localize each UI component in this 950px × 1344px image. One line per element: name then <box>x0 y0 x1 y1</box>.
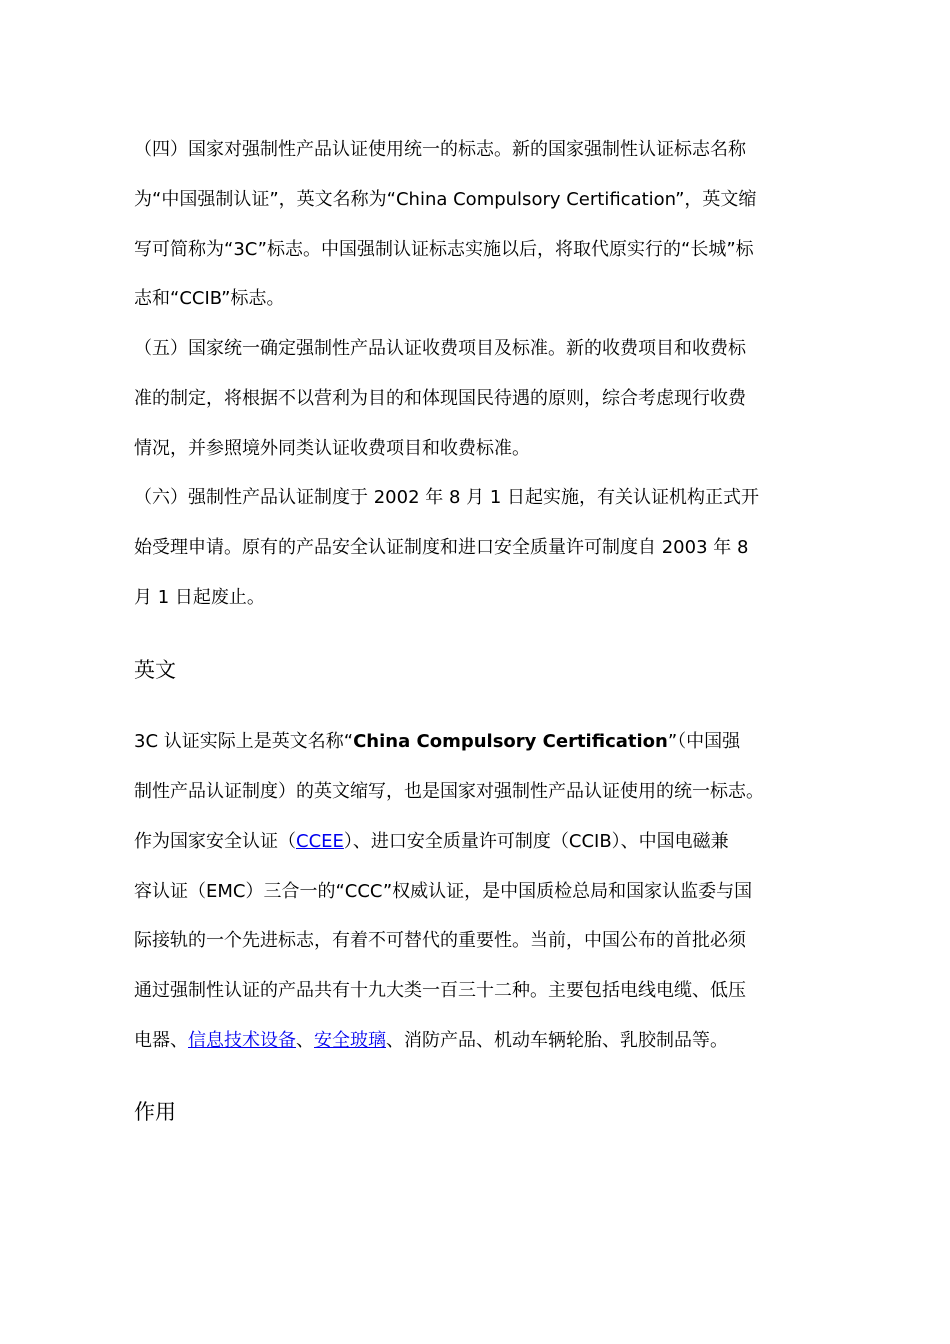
paragraph-english-line3: 作为国家安全认证（CCEE）、进口安全质量许可制度（CCIB）、中国电磁兼 <box>134 830 729 854</box>
paragraph-item4-line4: 志和“CCIB”标志。 <box>134 287 284 311</box>
paragraph-item6-line1: （六）强制性产品认证制度于 2002 年 8 月 1 日起实施，有关认证机构正式… <box>134 486 759 510</box>
paragraph-english-line6: 通过强制性认证的产品共有十九大类一百三十二种。主要包括电线电缆、低压 <box>134 979 746 1003</box>
text-segment: 、消防产品、机动车辆轮胎、乳胶制品等。 <box>386 1030 728 1051</box>
paragraph-item5-line1: （五）国家统一确定强制性产品认证收费项目及标准。新的收费项目和收费标 <box>134 337 746 361</box>
paragraph-item6-line3: 月 1 日起废止。 <box>134 586 265 610</box>
paragraph-item5-line3: 情况，并参照境外同类认证收费项目和收费标准。 <box>134 437 530 461</box>
section-heading-function: 作用 <box>134 1098 176 1126</box>
text-segment: 3C 认证实际上是英文名称“ <box>134 731 353 752</box>
bold-term: China Compulsory Certification <box>353 731 668 752</box>
link-safety-glass[interactable]: 安全玻璃 <box>314 1030 386 1051</box>
paragraph-english-line2: 制性产品认证制度）的英文缩写，也是国家对强制性产品认证使用的统一标志。 <box>134 780 764 804</box>
paragraph-english-line1: 3C 认证实际上是英文名称“China Compulsory Certifica… <box>134 730 740 754</box>
text-segment: 、 <box>296 1030 314 1051</box>
text-segment: ”（中国强 <box>668 731 740 752</box>
paragraph-item4-line1: （四）国家对强制性产品认证使用统一的标志。新的国家强制性认证标志名称 <box>134 138 746 162</box>
paragraph-english-line7: 电器、信息技术设备、安全玻璃、消防产品、机动车辆轮胎、乳胶制品等。 <box>134 1029 728 1053</box>
paragraph-item5-line2: 准的制定，将根据不以营利为目的和体现国民待遇的原则，综合考虑现行收费 <box>134 387 746 411</box>
text-segment: 电器、 <box>134 1030 188 1051</box>
paragraph-item4-line2: 为“中国强制认证”，英文名称为“China Compulsory Certifi… <box>134 188 756 212</box>
text-segment: ）、进口安全质量许可制度（CCIB）、中国电磁兼 <box>344 831 729 852</box>
link-ccee[interactable]: CCEE <box>296 831 344 852</box>
text-segment: 作为国家安全认证（ <box>134 831 296 852</box>
link-information-technology-equipment[interactable]: 信息技术设备 <box>188 1030 296 1051</box>
paragraph-english-line5: 际接轨的一个先进标志，有着不可替代的重要性。当前，中国公布的首批必须 <box>134 929 746 953</box>
section-heading-english: 英文 <box>134 656 176 684</box>
paragraph-item4-line3: 写可简称为“3C”标志。中国强制认证标志实施以后，将取代原实行的“长城”标 <box>134 238 754 262</box>
paragraph-item6-line2: 始受理申请。原有的产品安全认证制度和进口安全质量许可制度自 2003 年 8 <box>134 536 748 560</box>
paragraph-english-line4: 容认证（EMC）三合一的“CCC”权威认证，是中国质检总局和国家认监委与国 <box>134 880 752 904</box>
